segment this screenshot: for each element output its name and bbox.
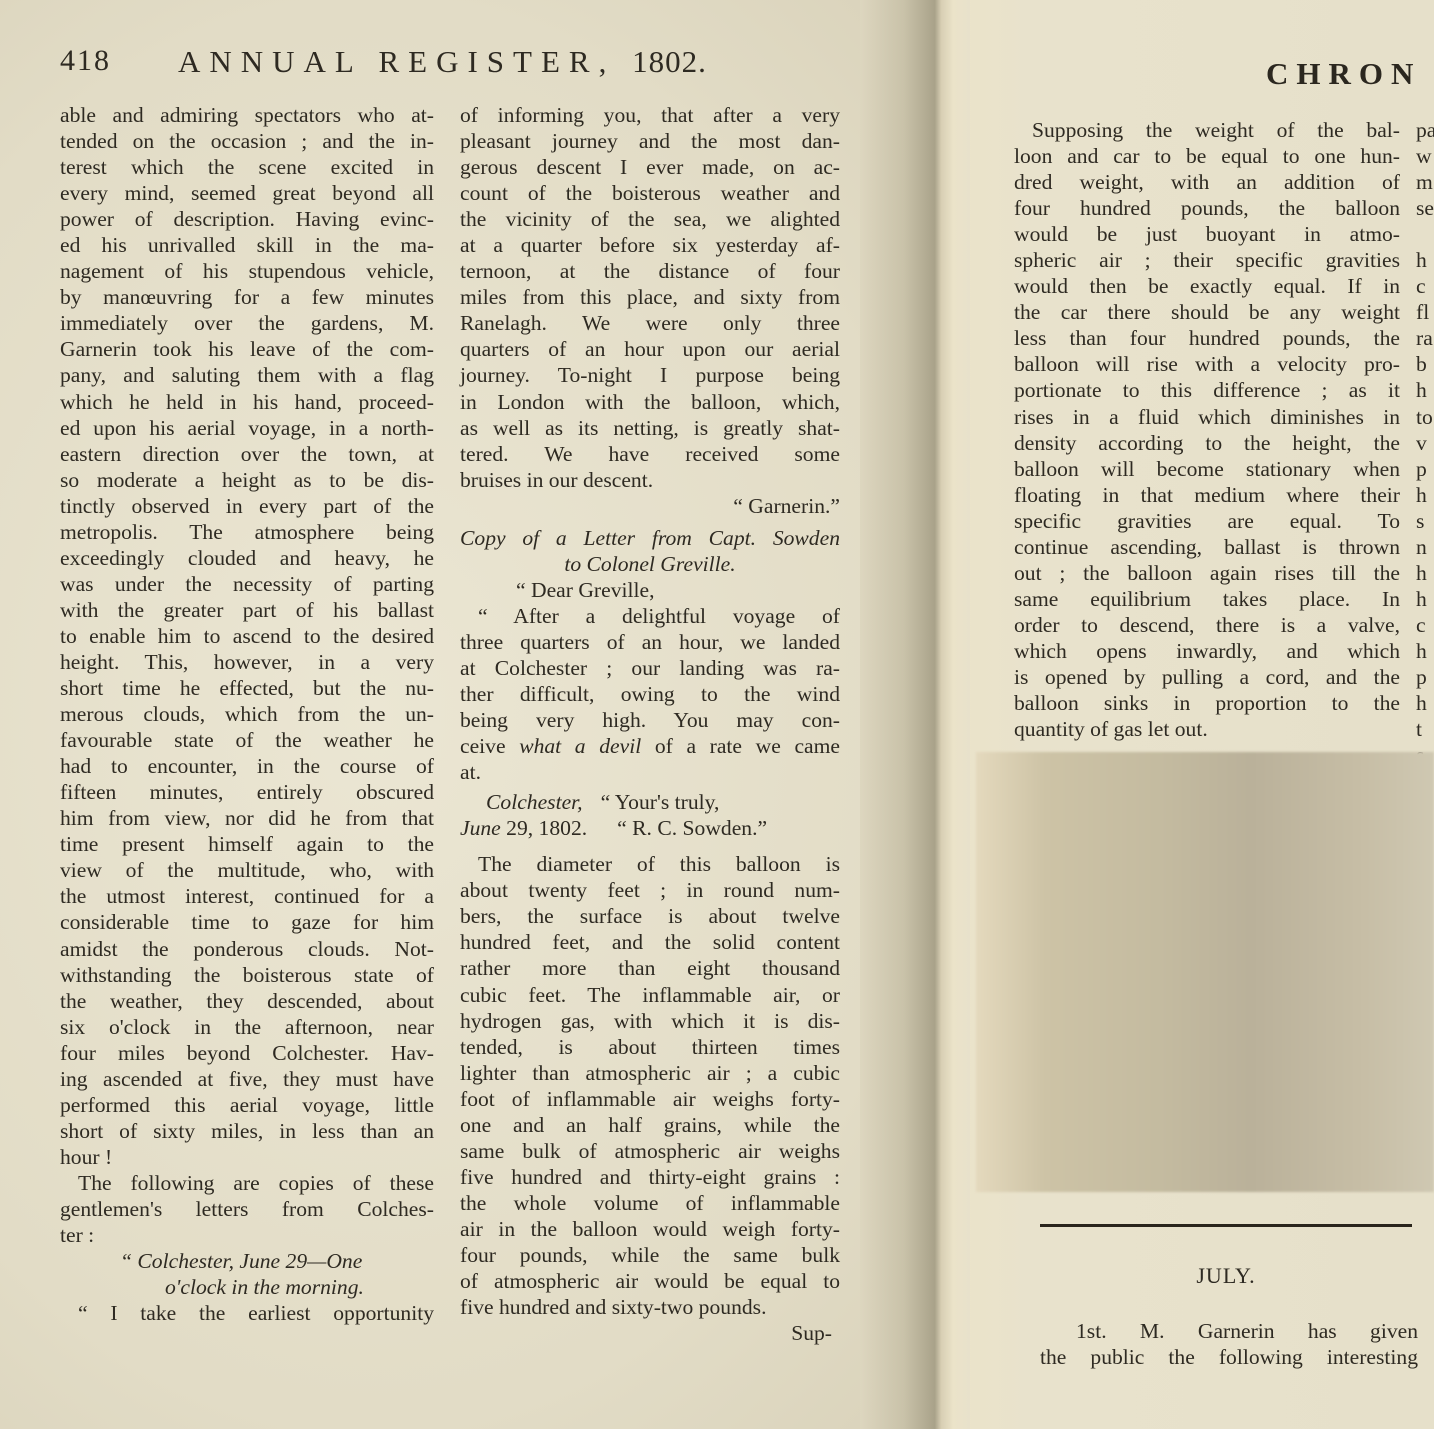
july-entry: 1st. M. Garnerin has given the public th… (1040, 1318, 1418, 1370)
text-line: merous clouds, which from the un- (60, 701, 434, 727)
text-line: tended, is about thirteen times (460, 1034, 840, 1060)
text-line: performed this aerial voyage, little (60, 1092, 434, 1118)
text-line: Supposing the weight of the bal- (1014, 117, 1400, 143)
text-line: Garnerin took his leave of the com- (60, 336, 434, 362)
text-line: of informing you, that after a very (460, 102, 840, 128)
text-line: short of sixty miles, in less than an (60, 1118, 434, 1144)
text-line: immediately over the gardens, M. (60, 310, 434, 336)
text-line: short time he effected, but the nu- (60, 675, 434, 701)
letter-closing: Colchester,“ Your's truly, (460, 789, 840, 815)
column-3: Supposing the weight of the bal-loon and… (1014, 117, 1400, 742)
text-line: continue ascending, ballast is thrown (1014, 534, 1400, 560)
text-line: ed upon his aerial voyage, in a north- (60, 415, 434, 441)
running-head-right: CHRON (1266, 56, 1421, 92)
text-line: him from view, nor did he from that (60, 805, 434, 831)
running-head-year: 1802. (632, 44, 707, 79)
text-line: ternoon, at the distance of four (460, 258, 840, 284)
text-line: loon and car to be equal to one hun- (1014, 143, 1400, 169)
letter-dateline: “ Colchester, June 29—One (60, 1248, 434, 1274)
text-line: bruises in our descent. (460, 467, 840, 493)
text-line: ther difficult, owing to the wind (460, 681, 840, 707)
text-line: able and admiring spectators who at- (60, 102, 434, 128)
text-line: dred weight, with an addition of (1014, 169, 1400, 195)
text-line: power of description. Having evinc- (60, 206, 434, 232)
text-line: The diameter of this balloon is (460, 851, 840, 877)
text-line: ceive what a devil of a rate we came (460, 733, 840, 759)
book-gutter (860, 0, 970, 1429)
text-line: the public the following interesting (1040, 1344, 1418, 1370)
text-line: is opened by pulling a cord, and the (1014, 664, 1400, 690)
text-line: b (1416, 351, 1434, 377)
text-line: portionate to this difference ; as it (1014, 377, 1400, 403)
column-2: of informing you, that after a verypleas… (460, 102, 840, 1346)
text-line: same bulk of atmospheric air weighs (460, 1138, 840, 1164)
text-line: cubic feet. The inflammable air, or (460, 982, 840, 1008)
column-1: able and admiring spectators who at-tend… (60, 102, 434, 1326)
text-line: in London with the balloon, which, (460, 389, 840, 415)
text-line: ter : (60, 1222, 434, 1248)
text-line: ra (1416, 325, 1434, 351)
catchword: Sup- (460, 1320, 840, 1346)
month-heading: JULY. (1040, 1263, 1412, 1289)
text-line: about twenty feet ; in round num- (460, 877, 840, 903)
text-line: as well as its netting, is greatly shat- (460, 415, 840, 441)
text-line: being very high. You may con- (460, 707, 840, 733)
text-line: h (1416, 560, 1434, 586)
text-line: four hundred pounds, the balloon (1014, 195, 1400, 221)
letter-signature: “ Garnerin.” (460, 493, 840, 519)
text-line: 1st. M. Garnerin has given (1040, 1318, 1418, 1344)
text-line: order to descend, there is a valve, (1014, 612, 1400, 638)
text-line: to enable him to ascend to the desired (60, 623, 434, 649)
letter-salutation: “ Dear Greville, (460, 577, 840, 603)
letter-heading: Copy of a Letter from Capt. Sowden (460, 525, 840, 551)
text-line: The following are copies of these (60, 1170, 434, 1196)
text-line: t (1416, 716, 1434, 742)
text-line: spheric air ; their specific gravities (1014, 247, 1400, 273)
text-line: which he held in his hand, proceed- (60, 389, 434, 415)
text-line: n (1416, 534, 1434, 560)
running-head-left: 418 ANNUAL REGISTER, 1802. (60, 44, 860, 84)
text-line: metropolis. The atmosphere being (60, 519, 434, 545)
text-line: height. This, however, in a very (60, 649, 434, 675)
text-line: one and an half grains, while the (460, 1112, 840, 1138)
text-line: would be just buoyant in atmo- (1014, 221, 1400, 247)
text-line: p (1416, 664, 1434, 690)
text-line: hour ! (60, 1144, 434, 1170)
letter-dateline: o'clock in the morning. (60, 1274, 434, 1300)
letter-heading: to Colonel Greville. (460, 551, 840, 577)
text-line: withstanding the boisterous state of (60, 962, 434, 988)
text-line: quarters of an hour upon our aerial (460, 336, 840, 362)
text-line: five hundred and thirty-eight grains : (460, 1164, 840, 1190)
text-line: same equilibrium takes place. In (1014, 586, 1400, 612)
text-line: four pounds, while the same bulk (460, 1242, 840, 1268)
text-line: at. (460, 759, 840, 785)
text-line: h (1416, 247, 1434, 273)
text-line: nagement of his stupendous vehicle, (60, 258, 434, 284)
text-line: air in the balloon would weigh forty- (460, 1216, 840, 1242)
text-line: count of the boisterous weather and (460, 180, 840, 206)
text-line: would then be exactly equal. If in (1014, 273, 1400, 299)
text-line: which opens inwardly, and which (1014, 638, 1400, 664)
text-line: with the greater part of his ballast (60, 597, 434, 623)
text-line: hundred feet, and the solid content (460, 929, 840, 955)
text-line: tinctly observed in every part of the (60, 493, 434, 519)
text-line: journey. To-night I purpose being (460, 362, 840, 388)
text-line: tended on the occasion ; and the in- (60, 128, 434, 154)
text-line: was under the necessity of parting (60, 571, 434, 597)
text-line: p (1416, 456, 1434, 482)
text-line: w (1416, 143, 1434, 169)
text-line: ing ascended at five, they must have (60, 1066, 434, 1092)
letter-closing: June 29, 1802.“ R. C. Sowden.” (460, 815, 840, 841)
text-line: m (1416, 169, 1434, 195)
text-line: terest which the scene excited in (60, 154, 434, 180)
text-line: quantity of gas let out. (1014, 716, 1400, 742)
text-line: the utmost interest, continued for a (60, 883, 434, 909)
text-line: pleasant journey and the most dan- (460, 128, 840, 154)
blurred-region (976, 752, 1434, 1192)
text-line: three quarters of an hour, we landed (460, 629, 840, 655)
text-line: balloon will rise with a velocity pro- (1014, 351, 1400, 377)
text-line: lighter than atmospheric air ; a cubic (460, 1060, 840, 1086)
text-line: every mind, seemed great beyond all (60, 180, 434, 206)
text-line: foot of inflammable air weighs forty- (460, 1086, 840, 1112)
text-line: gerous descent I ever made, on ac- (460, 154, 840, 180)
text-line: h (1416, 482, 1434, 508)
text-line: density according to the height, the (1014, 430, 1400, 456)
running-head-title: ANNUAL REGISTER, 1802. (178, 44, 707, 80)
text-line: Ranelagh. We were only three (460, 310, 840, 336)
text-line: less than four hundred pounds, the (1014, 325, 1400, 351)
text-line: by manœuvring for a few minutes (60, 284, 434, 310)
text-line: the weather, they descended, about (60, 988, 434, 1014)
text-line: of atmospheric air would be equal to (460, 1268, 840, 1294)
text-line: five hundred and sixty-two pounds. (460, 1294, 840, 1320)
text-line: amidst the ponderous clouds. Not- (60, 936, 434, 962)
text-line: gentlemen's letters from Colches- (60, 1196, 434, 1222)
text-line: tered. We have received some (460, 441, 840, 467)
text-line: at a quarter before six yesterday af- (460, 232, 840, 258)
text-line (1416, 221, 1434, 247)
text-line: h (1416, 690, 1434, 716)
text-line: bers, the surface is about twelve (460, 903, 840, 929)
text-line: rises in a fluid which diminishes in (1014, 404, 1400, 430)
text-line: s (1416, 508, 1434, 534)
text-line: balloon sinks in proportion to the (1014, 690, 1400, 716)
text-line: specific gravities are equal. To (1014, 508, 1400, 534)
text-line: out ; the balloon again rises till the (1014, 560, 1400, 586)
text-line: pany, and saluting them with a flag (60, 362, 434, 388)
text-line: balloon will become stationary when (1014, 456, 1400, 482)
text-line: eastern direction over the town, at (60, 441, 434, 467)
section-divider (1040, 1224, 1412, 1227)
text-line: fifteen minutes, entirely obscured (60, 779, 434, 805)
text-line: exceedingly clouded and heavy, he (60, 545, 434, 571)
text-line: ed his unrivalled skill in the ma- (60, 232, 434, 258)
text-line: c (1416, 612, 1434, 638)
text-line: favourable state of the weather he (60, 727, 434, 753)
text-line: time present himself again to the (60, 831, 434, 857)
text-line: c (1416, 273, 1434, 299)
text-line: to (1416, 404, 1434, 430)
text-line: the car there should be any weight (1014, 299, 1400, 325)
text-line: h (1416, 586, 1434, 612)
text-line: floating in that medium where their (1014, 482, 1400, 508)
text-line: so moderate a height as to be dis- (60, 467, 434, 493)
text-line: at Colchester ; our landing was ra- (460, 655, 840, 681)
text-line: the whole volume of inflammable (460, 1190, 840, 1216)
text-line: view of the multitude, who, with (60, 857, 434, 883)
text-line: pa (1416, 117, 1434, 143)
text-line: rather more than eight thousand (460, 955, 840, 981)
letter-opening: “ I take the earliest opportunity (60, 1300, 434, 1326)
text-line: six o'clock in the afternoon, near (60, 1014, 434, 1040)
text-line: “ After a delightful voyage of (460, 603, 840, 629)
text-line: h (1416, 377, 1434, 403)
text-line: v (1416, 430, 1434, 456)
text-line: considerable time to gaze for him (60, 909, 434, 935)
page-number: 418 (60, 44, 111, 78)
text-line: had to encounter, in the course of (60, 753, 434, 779)
text-line: miles from this place, and sixty from (460, 284, 840, 310)
text-line: fl (1416, 299, 1434, 325)
text-line: se (1416, 195, 1434, 221)
text-line: four miles beyond Colchester. Hav- (60, 1040, 434, 1066)
text-line: hydrogen gas, with which it is dis- (460, 1008, 840, 1034)
text-line: h (1416, 638, 1434, 664)
text-line: the vicinity of the sea, we alighted (460, 206, 840, 232)
